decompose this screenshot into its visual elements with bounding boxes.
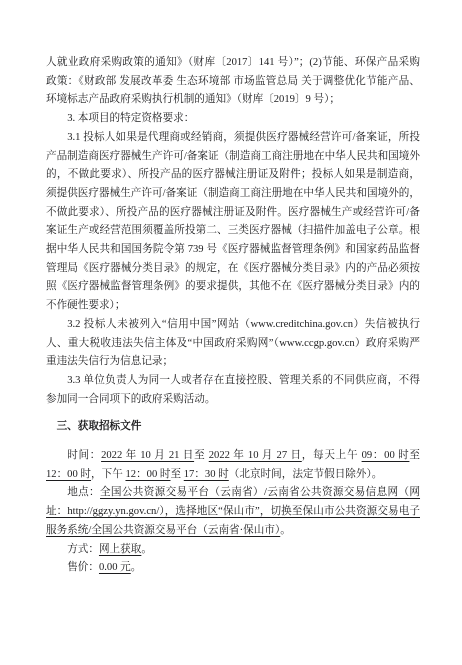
text-segment: 售价： (67, 562, 99, 573)
text-segment: ，下午 (91, 469, 125, 480)
text-segment: 至 (194, 450, 209, 461)
para-obtain-method: 方式：网上获取。 (46, 541, 420, 560)
text-segment: 。 (141, 544, 152, 555)
para-price: 售价：0.00 元。 (46, 559, 420, 578)
text-segment: 地点： (67, 487, 100, 498)
text-segment: 时间： (67, 450, 101, 461)
document-text-block: 人就业政府采购政策的通知》（财库〔2017〕141 号）”；(2)节能、环保产品… (46, 54, 420, 578)
heading-obtain-bidding-documents: 三、获取招标文件 (46, 418, 420, 437)
text-segment: 3. 本项目的特定资格要求： (67, 113, 194, 124)
text-segment: 3.3 单位负责人为同一人或者存在直接控股、管理关系的不同供应商，不得参加同一合… (46, 375, 420, 405)
text-segment: 至 (409, 450, 420, 461)
underlined-text: 09：00 时 (362, 450, 410, 461)
para-3-specific-qualifications: 3. 本项目的特定资格要求： (46, 110, 420, 129)
document-page: 人就业政府采购政策的通知》（财库〔2017〕141 号）”；(2)节能、环保产品… (0, 0, 462, 665)
text-segment: 至 (171, 469, 184, 480)
text-segment: 人就业政府采购政策的通知》（财库〔2017〕141 号）”；(2)节能、环保产品… (46, 57, 420, 105)
underlined-text: 12：00 时 (46, 469, 91, 480)
text-segment: （北京时间，法定节假日除外）。 (229, 469, 383, 480)
text-segment: 三、获取招标文件 (57, 421, 142, 432)
underlined-text: 全国公共资源交易平台（云南省）/云南省公共资源交易信息网（网址：http://g… (46, 487, 420, 535)
text-segment: 。 (280, 525, 291, 536)
para-obtain-location: 地点：全国公共资源交易平台（云南省）/云南省公共资源交易信息网（网址：http:… (46, 484, 420, 540)
text-segment: 3.1 投标人如果是代理商或经销商，须提供医疗器械经营许可/备案证，所投产品制造… (46, 132, 420, 311)
text-segment: 方式： (67, 544, 99, 555)
para-obtain-time: 时间：2022 年 10 月 21 日至 2022 年 10 月 27 日，每天… (46, 447, 420, 484)
underlined-text: 2022 年 10 月 27 日 (209, 450, 302, 461)
para-3-3-same-responsible-person: 3.3 单位负责人为同一人或者存在直接控股、管理关系的不同供应商，不得参加同一合… (46, 372, 420, 409)
underlined-text: 17：30 时 (184, 469, 229, 480)
underlined-text: 12：00 时 (125, 469, 170, 480)
text-segment: 3.2 投标人未被列入“信用中国”网站（www.creditchina.gov.… (46, 319, 420, 367)
underlined-text: 网上获取 (99, 544, 141, 555)
para-3-1-medical-device-licenses: 3.1 投标人如果是代理商或经销商，须提供医疗器械经营许可/备案证，所投产品制造… (46, 129, 420, 316)
underlined-text: 0.00 元 (99, 562, 131, 573)
text-segment: ，每天上午 (302, 450, 362, 461)
para-3-2-credit-records: 3.2 投标人未被列入“信用中国”网站（www.creditchina.gov.… (46, 316, 420, 372)
underlined-text: 2022 年 10 月 21 日 (101, 450, 194, 461)
para-policy-continuation: 人就业政府采购政策的通知》（财库〔2017〕141 号）”；(2)节能、环保产品… (46, 54, 420, 110)
text-segment: 。 (131, 562, 142, 573)
